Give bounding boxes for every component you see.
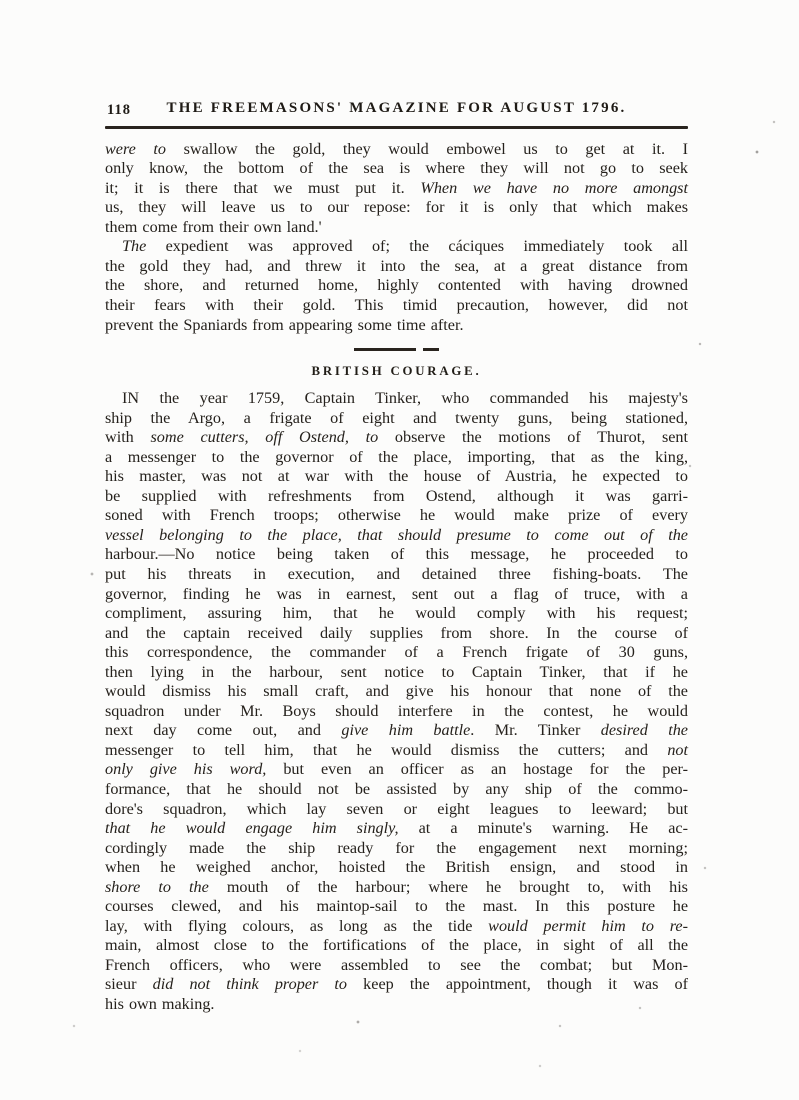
text-line: ship the Argo, a frigate of eight and tw… — [105, 409, 688, 429]
text-line: The expedient was approved of; the cáciq… — [105, 237, 688, 257]
text-line: that he would engage him singly, at a mi… — [105, 819, 688, 839]
text-line: harbour.—No notice being taken of this m… — [105, 545, 688, 565]
text-line: with some cutters, off Ostend, to observ… — [105, 428, 688, 448]
article-paragraph: IN the year 1759, Captain Tinker, who co… — [105, 389, 688, 1015]
expedient-paragraph: The expedient was approved of; the cáciq… — [105, 237, 688, 335]
text-line: only give his word, but even an officer … — [105, 760, 688, 780]
text-line: prevent the Spaniards from appearing som… — [105, 316, 688, 336]
text-line: it; it is there that we must put it. Whe… — [105, 179, 688, 199]
text-line: a messenger to the governor of the place… — [105, 448, 688, 468]
text-line: his own making. — [105, 995, 688, 1015]
text-line: main, almost close to the fortifications… — [105, 936, 688, 956]
text-line: their fears with their gold. This timid … — [105, 296, 688, 316]
text-line: French officers, who were assembled to s… — [105, 956, 688, 976]
text-line: and the captain received daily supplies … — [105, 624, 688, 644]
text-line: messenger to tell him, that he would dis… — [105, 741, 688, 761]
text-line: compliment, assuring him, that he would … — [105, 604, 688, 624]
text-line: soned with French troops; otherwise he w… — [105, 506, 688, 526]
text-line: sieur did not think proper to keep the a… — [105, 975, 688, 995]
text-line: next day come out, and give him battle. … — [105, 721, 688, 741]
page-number: 118 — [107, 102, 131, 119]
text-line: then lying in the harbour, sent notice t… — [105, 663, 688, 683]
text-line: the gold they had, and threw it into the… — [105, 257, 688, 277]
text-line: dore's squadron, which lay seven or eigh… — [105, 800, 688, 820]
text-line: courses clewed, and his maintop-sail to … — [105, 897, 688, 917]
magazine-page: 118 THE FREEMASONS' MAGAZINE FOR AUGUST … — [0, 0, 799, 1100]
text-column: 118 THE FREEMASONS' MAGAZINE FOR AUGUST … — [105, 100, 688, 1015]
section-divider — [347, 348, 447, 351]
header-rule — [105, 126, 688, 129]
text-line: vessel belonging to the place, that shou… — [105, 526, 688, 546]
article-heading: BRITISH COURAGE. — [105, 364, 688, 379]
text-line: them come from their own land.' — [105, 218, 688, 238]
quote-paragraph: were to swallow the gold, they would emb… — [105, 140, 688, 238]
text-line: only know, the bottom of the sea is wher… — [105, 159, 688, 179]
text-line: be supplied with refreshments from Osten… — [105, 487, 688, 507]
divider-rule-long — [354, 348, 416, 350]
text-line: cordingly made the ship ready for the en… — [105, 839, 688, 859]
text-line: lay, with flying colours, as long as the… — [105, 917, 688, 937]
text-line: us, they will leave us to our repose: fo… — [105, 198, 688, 218]
running-header: 118 THE FREEMASONS' MAGAZINE FOR AUGUST … — [105, 100, 688, 122]
divider-rule-short — [423, 348, 439, 350]
text-line: would dismiss his small craft, and give … — [105, 682, 688, 702]
text-line: squadron under Mr. Boys should interfere… — [105, 702, 688, 722]
text-line: formance, that he should not be assisted… — [105, 780, 688, 800]
text-line: shore to the mouth of the harbour; where… — [105, 878, 688, 898]
text-line: this correspondence, the commander of a … — [105, 643, 688, 663]
text-line: his master, was not at war with the hous… — [105, 467, 688, 487]
text-line: IN the year 1759, Captain Tinker, who co… — [105, 389, 688, 409]
text-line: governor, finding he was in earnest, sen… — [105, 585, 688, 605]
journal-title: THE FREEMASONS' MAGAZINE FOR AUGUST 1796… — [105, 100, 688, 117]
text-line: when he weighed anchor, hoisted the Brit… — [105, 858, 688, 878]
text-line: put his threats in execution, and detain… — [105, 565, 688, 585]
text-line: were to swallow the gold, they would emb… — [105, 140, 688, 160]
text-line: the shore, and returned home, highly con… — [105, 276, 688, 296]
